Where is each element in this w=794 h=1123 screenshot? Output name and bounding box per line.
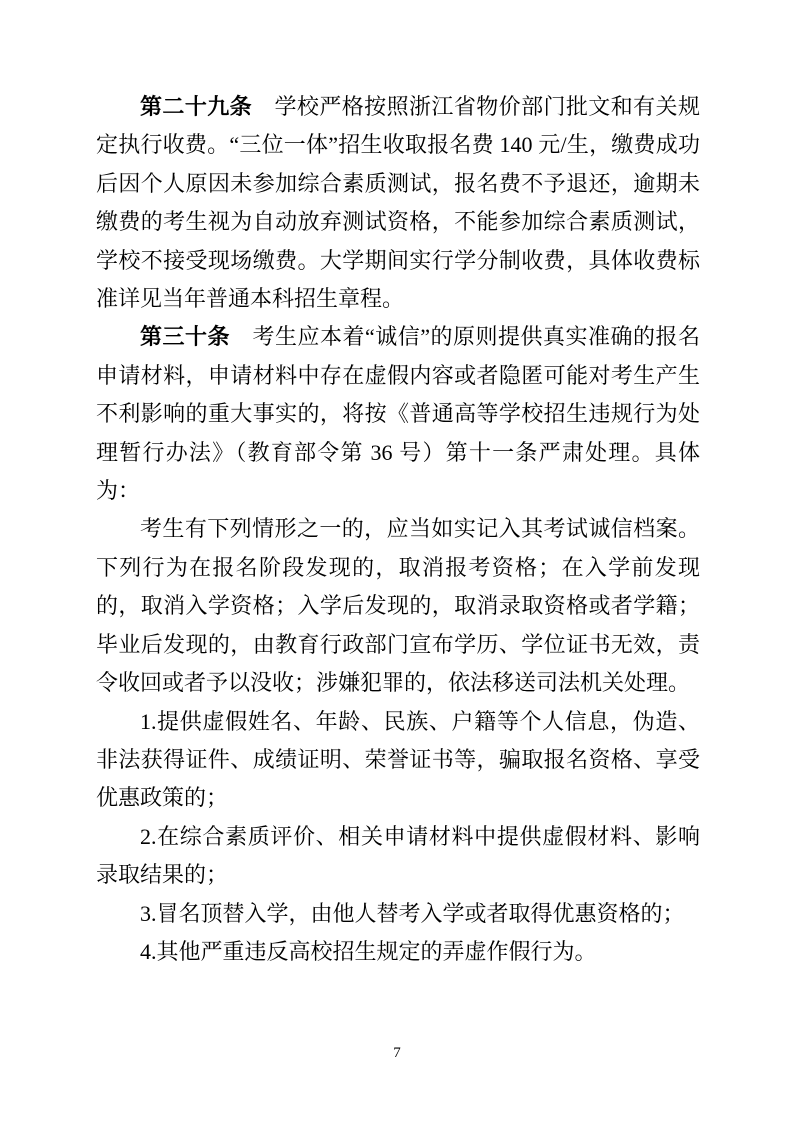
article-30-paragraph: 第三十条 考生应本着“诚信”的原则提供真实准确的报名申请材料，申请材料中存在虚假… (96, 318, 700, 510)
document-page: 第二十九条 学校严格按照浙江省物价部门批文和有关规定执行收费。“三位一体”招生收… (0, 0, 794, 1123)
article-29-paragraph: 第二十九条 学校严格按照浙江省物价部门批文和有关规定执行收费。“三位一体”招生收… (96, 88, 700, 318)
violation-item-1-text: 1.提供虚假姓名、年龄、民族、户籍等个人信息，伪造、非法获得证件、成绩证明、荣誉… (96, 709, 700, 811)
violation-item-4: 4.其他严重违反高校招生规定的弄虚作假行为。 (96, 933, 700, 971)
document-body: 第二十九条 学校严格按照浙江省物价部门批文和有关规定执行收费。“三位一体”招生收… (96, 88, 700, 971)
violation-item-1: 1.提供虚假姓名、年龄、民族、户籍等个人信息，伪造、非法获得证件、成绩证明、荣誉… (96, 703, 700, 818)
violation-item-3-text: 3.冒名顶替入学，由他人替考入学或者取得优惠资格的； (140, 901, 685, 926)
integrity-record-text: 考生有下列情形之一的，应当如实记入其考试诚信档案。下列行为在报名阶段发现的，取消… (96, 516, 700, 695)
page-number: 7 (0, 1043, 794, 1063)
integrity-record-paragraph: 考生有下列情形之一的，应当如实记入其考试诚信档案。下列行为在报名阶段发现的，取消… (96, 510, 700, 702)
article-29-number: 第二十九条 (140, 94, 252, 119)
article-29-text: 学校严格按照浙江省物价部门批文和有关规定执行收费。“三位一体”招生收取报名费 1… (96, 94, 700, 311)
article-30-number: 第三十条 (140, 324, 230, 349)
violation-item-2: 2.在综合素质评价、相关申请材料中提供虚假材料、影响录取结果的； (96, 818, 700, 895)
article-30-text: 考生应本着“诚信”的原则提供真实准确的报名申请材料，申请材料中存在虚假内容或者隐… (96, 324, 700, 503)
violation-item-3: 3.冒名顶替入学，由他人替考入学或者取得优惠资格的； (96, 895, 700, 933)
violation-item-2-text: 2.在综合素质评价、相关申请材料中提供虚假材料、影响录取结果的； (96, 824, 700, 887)
violation-item-4-text: 4.其他严重违反高校招生规定的弄虚作假行为。 (140, 939, 597, 964)
